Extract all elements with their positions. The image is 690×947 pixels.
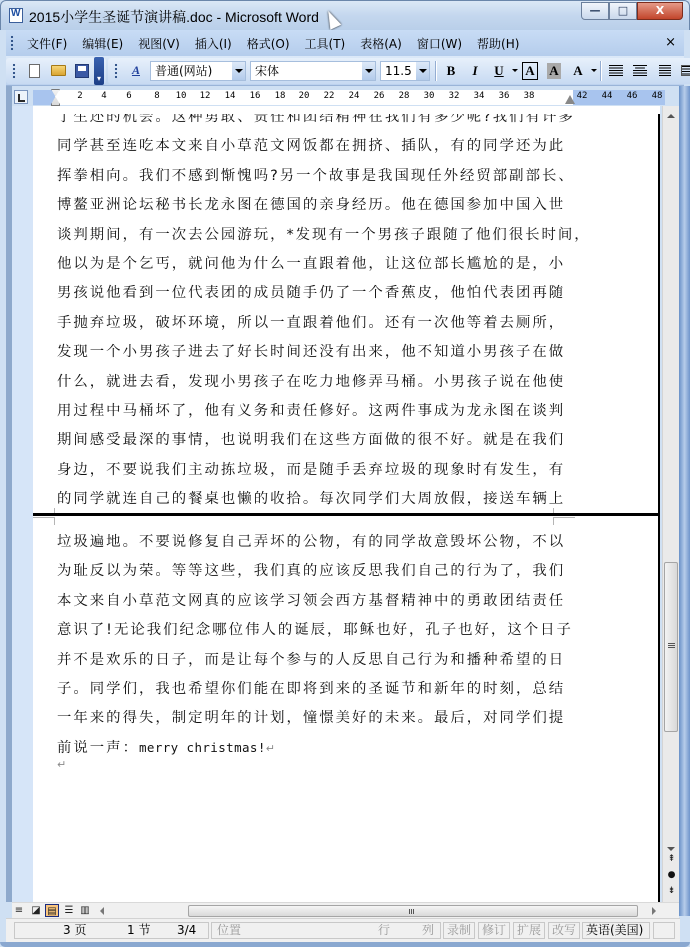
character-border-button[interactable]: A — [520, 61, 540, 81]
horizontal-scroll-thumb[interactable] — [188, 905, 638, 917]
ruler-tick: 34 — [474, 91, 485, 101]
position-pane: 位置 行 列 — [211, 922, 441, 939]
tab-selector-button[interactable] — [14, 90, 28, 104]
character-shading-icon: A — [547, 63, 560, 79]
character-border-icon: A — [522, 62, 537, 80]
title-bar: 2015小学生圣诞节演讲稿.doc - Microsoft Word — □ X — [0, 0, 690, 30]
vertical-scroll-thumb[interactable] — [664, 562, 678, 732]
new-document-icon — [29, 64, 40, 78]
text-line: 他以为是个乞丐，就问他为什么一直跟着他，让这位部长尴尬的是，小 — [57, 250, 591, 279]
next-page-button[interactable]: ⇟ — [664, 886, 679, 900]
normal-view-button[interactable]: ≡ — [12, 904, 26, 917]
outline-view-button[interactable]: ☰ — [62, 904, 76, 917]
ruler-tick: 16 — [250, 91, 261, 101]
ruler-tick: 20 — [299, 91, 310, 101]
text-line: 子。同学们，我也希望你们能在即将到来的圣诞节和新年的时刻，总结 — [57, 675, 573, 704]
track-changes-indicator[interactable]: 修订 — [478, 922, 510, 939]
text-line: 同学甚至连吃本文来自小草范文网饭都在拥挤、插队，有的同学还为此 — [57, 132, 591, 161]
align-right-button[interactable] — [654, 61, 674, 81]
line-label: 行 — [378, 923, 390, 938]
phonetic-dropdown-icon[interactable] — [591, 69, 597, 72]
left-margin-area — [33, 90, 55, 105]
window-title: 2015小学生圣诞节演讲稿.doc - Microsoft Word — [29, 7, 319, 27]
reading-layout-view-button[interactable]: ▥ — [78, 904, 92, 917]
minimize-icon: — — [582, 4, 608, 17]
text-line: 的同学就连自己的餐桌也懒的收拾。每次同学们大周放假，接送车辆上 — [57, 485, 591, 514]
close-icon: X — [638, 4, 682, 17]
close-document-button[interactable]: × — [665, 35, 676, 50]
window-frame-right — [679, 86, 690, 916]
window-controls: — □ X — [581, 2, 683, 20]
chevron-down-icon[interactable] — [362, 62, 375, 80]
text-line: 博鳌亚洲论坛秘书长龙永图在德国的亲身经历。他在德国参加中国入世 — [57, 191, 591, 220]
print-layout-view-button[interactable]: ▤ — [45, 904, 59, 917]
standard-toolbar: ▾ — [6, 58, 106, 84]
scroll-left-icon[interactable] — [100, 907, 104, 915]
open-button[interactable] — [48, 61, 68, 81]
page-break-line — [33, 513, 660, 516]
page-number: 3 页 — [63, 923, 86, 938]
character-shading-button[interactable]: A — [544, 61, 564, 81]
text-line: 挥拳相向。我们不感到惭愧吗?另一个故事是我国现任外经贸部副部长、 — [57, 162, 591, 191]
underline-button[interactable]: U — [489, 61, 509, 81]
ruler-tick: 48 — [652, 91, 663, 101]
overtype-label: 改写 — [552, 923, 576, 938]
text-line: 谈判期间，有一次去公园游玩，*发现有一个男孩子跟随了他们很长时间， — [57, 221, 591, 250]
status-bar: 3 页 1 节 3/4 位置 行 列 录制 修订 扩展 改写 英语(美国) — [6, 918, 680, 942]
text-line: 为耻反以为荣。等等这些，我们真的应该反思我们自己的行为了，我们 — [57, 557, 573, 586]
save-button[interactable] — [72, 61, 92, 81]
page-corner-mark — [553, 517, 575, 525]
ruler-tick: 22 — [324, 91, 335, 101]
page-corner-mark — [33, 517, 55, 525]
distributed-button[interactable] — [678, 61, 690, 81]
ruler-tick: 24 — [349, 91, 360, 101]
position-label: 位置 — [217, 923, 241, 938]
font-size-value: 11.5 — [381, 64, 416, 78]
save-icon — [75, 64, 89, 78]
toolbar: ▾ A 普通(网站) 宋体 11.5 B I U A A A ▾ — [6, 56, 684, 86]
record-macro-indicator[interactable]: 录制 — [443, 922, 475, 939]
web-layout-view-button[interactable]: ◪ — [29, 904, 43, 917]
formatting-toolbar: A 普通(网站) 宋体 11.5 B I U A A A ▾ — [108, 58, 690, 84]
text-line: 用过程中马桶坏了，他有义务和责任修好。这两件事成为龙永图在谈判 — [57, 397, 591, 426]
ruler-tick: 44 — [602, 91, 613, 101]
scroll-down-icon[interactable] — [667, 847, 675, 851]
minimize-button[interactable]: — — [581, 2, 609, 20]
ruler-tick: 26 — [374, 91, 385, 101]
text-line: 男孩说他看到一位代表团的成员随手仍了一个香蕉皮，他怕代表团再随 — [57, 279, 591, 308]
menu-help[interactable]: 帮助(H) — [470, 33, 526, 54]
text-line: 手抛弃垃圾，破坏环境，所以一直跟着他们。还有一次他等着去厕所， — [57, 309, 591, 338]
extend-selection-indicator[interactable]: 扩展 — [513, 922, 545, 939]
select-browse-object-button[interactable]: ● — [664, 870, 679, 884]
distributed-align-icon — [681, 65, 690, 76]
maximize-icon: □ — [610, 4, 636, 17]
ruler-tick: 46 — [627, 91, 638, 101]
divider — [600, 61, 601, 81]
ruler-tick: 8 — [154, 91, 159, 101]
maximize-button[interactable]: □ — [609, 2, 637, 20]
menu-window[interactable]: 窗口(W) — [410, 33, 469, 54]
ruler-tick: 36 — [499, 91, 510, 101]
menu-table[interactable]: 表格(A) — [353, 33, 409, 54]
text-line: 身边，不要说我们主动拣垃圾，而是随手丢弃垃圾的现象时有发生，有 — [57, 456, 591, 485]
ruler-tick: 4 — [101, 91, 106, 101]
underline-dropdown-icon[interactable] — [512, 69, 518, 72]
chevron-down-icon[interactable] — [232, 62, 245, 80]
align-justify-icon — [609, 65, 623, 76]
column-label: 列 — [422, 923, 434, 938]
ruler-tick: 14 — [225, 91, 236, 101]
folder-open-icon — [51, 65, 66, 76]
extend-label: 扩展 — [517, 923, 541, 938]
toolbar-options-button[interactable]: ▾ — [94, 57, 104, 85]
text-line: 意识了!无论我们纪念哪位伟人的诞辰，耶稣也好，孔子也好，这个日子 — [57, 616, 573, 645]
ruler-tick: 38 — [524, 91, 535, 101]
grip-handle[interactable] — [12, 63, 16, 79]
menu-view[interactable]: 视图(V) — [131, 33, 187, 54]
menu-bar: 文件(F) 编辑(E) 视图(V) 插入(I) 格式(O) 工具(T) 表格(A… — [6, 30, 684, 56]
scroll-right-icon[interactable] — [652, 907, 656, 915]
ruler-tick: 28 — [399, 91, 410, 101]
phonetic-guide-button[interactable]: A — [568, 61, 588, 81]
last-line-latin: merry christmas! — [139, 740, 266, 755]
overtype-indicator[interactable]: 改写 — [548, 922, 580, 939]
menu-edit[interactable]: 编辑(E) — [75, 33, 130, 54]
page-top-clip — [33, 106, 660, 114]
font-size-select[interactable]: 11.5 — [380, 61, 430, 81]
ruler-tick: 30 — [424, 91, 435, 101]
menu-file[interactable]: 文件(F) — [20, 33, 74, 54]
align-right-icon — [659, 65, 671, 76]
left-gutter — [12, 106, 33, 902]
vertical-scrollbar[interactable]: ⇞ ● ⇟ — [662, 106, 679, 902]
italic-button[interactable]: I — [465, 61, 485, 81]
section-number: 1 节 — [127, 923, 150, 938]
ruler-tick: 10 — [176, 91, 187, 101]
page-text-block-1[interactable]: 了生还的机会。这种勇敢、责任和团结精神在我们有多少呢?我们有许多 同学甚至连吃本… — [57, 103, 591, 514]
window-frame-bottom — [0, 942, 690, 947]
text-line: 一年来的得失，制定明年的计划，憧憬美好的未来。最后，对同学们提 — [57, 704, 573, 733]
align-center-button[interactable] — [630, 61, 650, 81]
grip-handle[interactable] — [10, 35, 14, 51]
font-value: 宋体 — [251, 62, 362, 79]
last-line-cjk: 前说一声： — [57, 740, 139, 756]
paragraph-mark-icon: ↵ — [266, 742, 277, 755]
scroll-up-icon[interactable] — [667, 114, 675, 118]
chevron-down-icon[interactable] — [416, 62, 429, 80]
text-line: 并不是欢乐的日子，而是让每个参与的人反思自己行为和播种希望的日 — [57, 646, 573, 675]
previous-page-button[interactable]: ⇞ — [664, 854, 679, 868]
menu-insert[interactable]: 插入(I) — [188, 33, 239, 54]
page-info-pane: 3 页 1 节 3/4 — [14, 922, 209, 939]
text-line: 发现一个小男孩子进去了好长时间还没有出来，他不知道小男孩子在做 — [57, 338, 591, 367]
font-select[interactable]: 宋体 — [250, 61, 376, 81]
language-label: 英语(美国) — [586, 923, 643, 938]
ruler-tick: 12 — [200, 91, 211, 101]
menu-format[interactable]: 格式(O) — [240, 33, 297, 54]
record-label: 录制 — [447, 923, 471, 938]
empty-paragraph: ↵ — [57, 758, 573, 772]
language-indicator[interactable]: 英语(美国) — [582, 922, 650, 939]
page-count: 3/4 — [177, 923, 196, 938]
ruler-tick: 42 — [577, 91, 588, 101]
menu-tools[interactable]: 工具(T) — [298, 33, 353, 54]
view-and-hscroll-bar: ≡ ◪ ▤ ☰ ▥ — [12, 902, 679, 918]
ruler-tick: 18 — [275, 91, 286, 101]
text-line-last: 前说一声：merry christmas!↵ — [57, 738, 573, 758]
status-spare-pane — [653, 922, 675, 939]
new-document-button[interactable] — [24, 61, 44, 81]
style-select[interactable]: 普通(网站) — [150, 61, 246, 81]
text-line: 什么，就进去看，发现小男孩子在吃力地修弄马桶。小男孩子说在他使 — [57, 368, 591, 397]
bold-button[interactable]: B — [441, 61, 461, 81]
page-text-block-2[interactable]: 垃圾遍地。不要说修复自己弄坏的公物，有的同学故意毁坏公物，不以 为耻反以为荣。等… — [57, 528, 573, 772]
text-line: 垃圾遍地。不要说修复自己弄坏的公物，有的同学故意毁坏公物，不以 — [57, 528, 573, 557]
text-line: 本文来自小草范文网真的应该学习领会西方基督精神中的勇敢团结责任 — [57, 587, 573, 616]
grip-handle[interactable] — [114, 63, 118, 79]
styles-formatting-icon[interactable]: A — [126, 61, 146, 81]
ruler-tick: 32 — [449, 91, 460, 101]
ruler-tick: 2 — [77, 91, 82, 101]
close-button[interactable]: X — [637, 2, 683, 20]
paragraph-mark-icon: ↵ — [57, 758, 68, 771]
word-doc-icon[interactable] — [9, 8, 23, 23]
divider — [435, 61, 436, 81]
justify-button[interactable] — [606, 61, 626, 81]
style-value: 普通(网站) — [151, 62, 232, 79]
ruler-tick: 6 — [126, 91, 131, 101]
track-label: 修订 — [482, 923, 506, 938]
align-center-icon — [633, 65, 647, 76]
text-line: 期间感受最深的事情，也说明我们在这些方面做的很不好。就是在我们 — [57, 426, 591, 455]
